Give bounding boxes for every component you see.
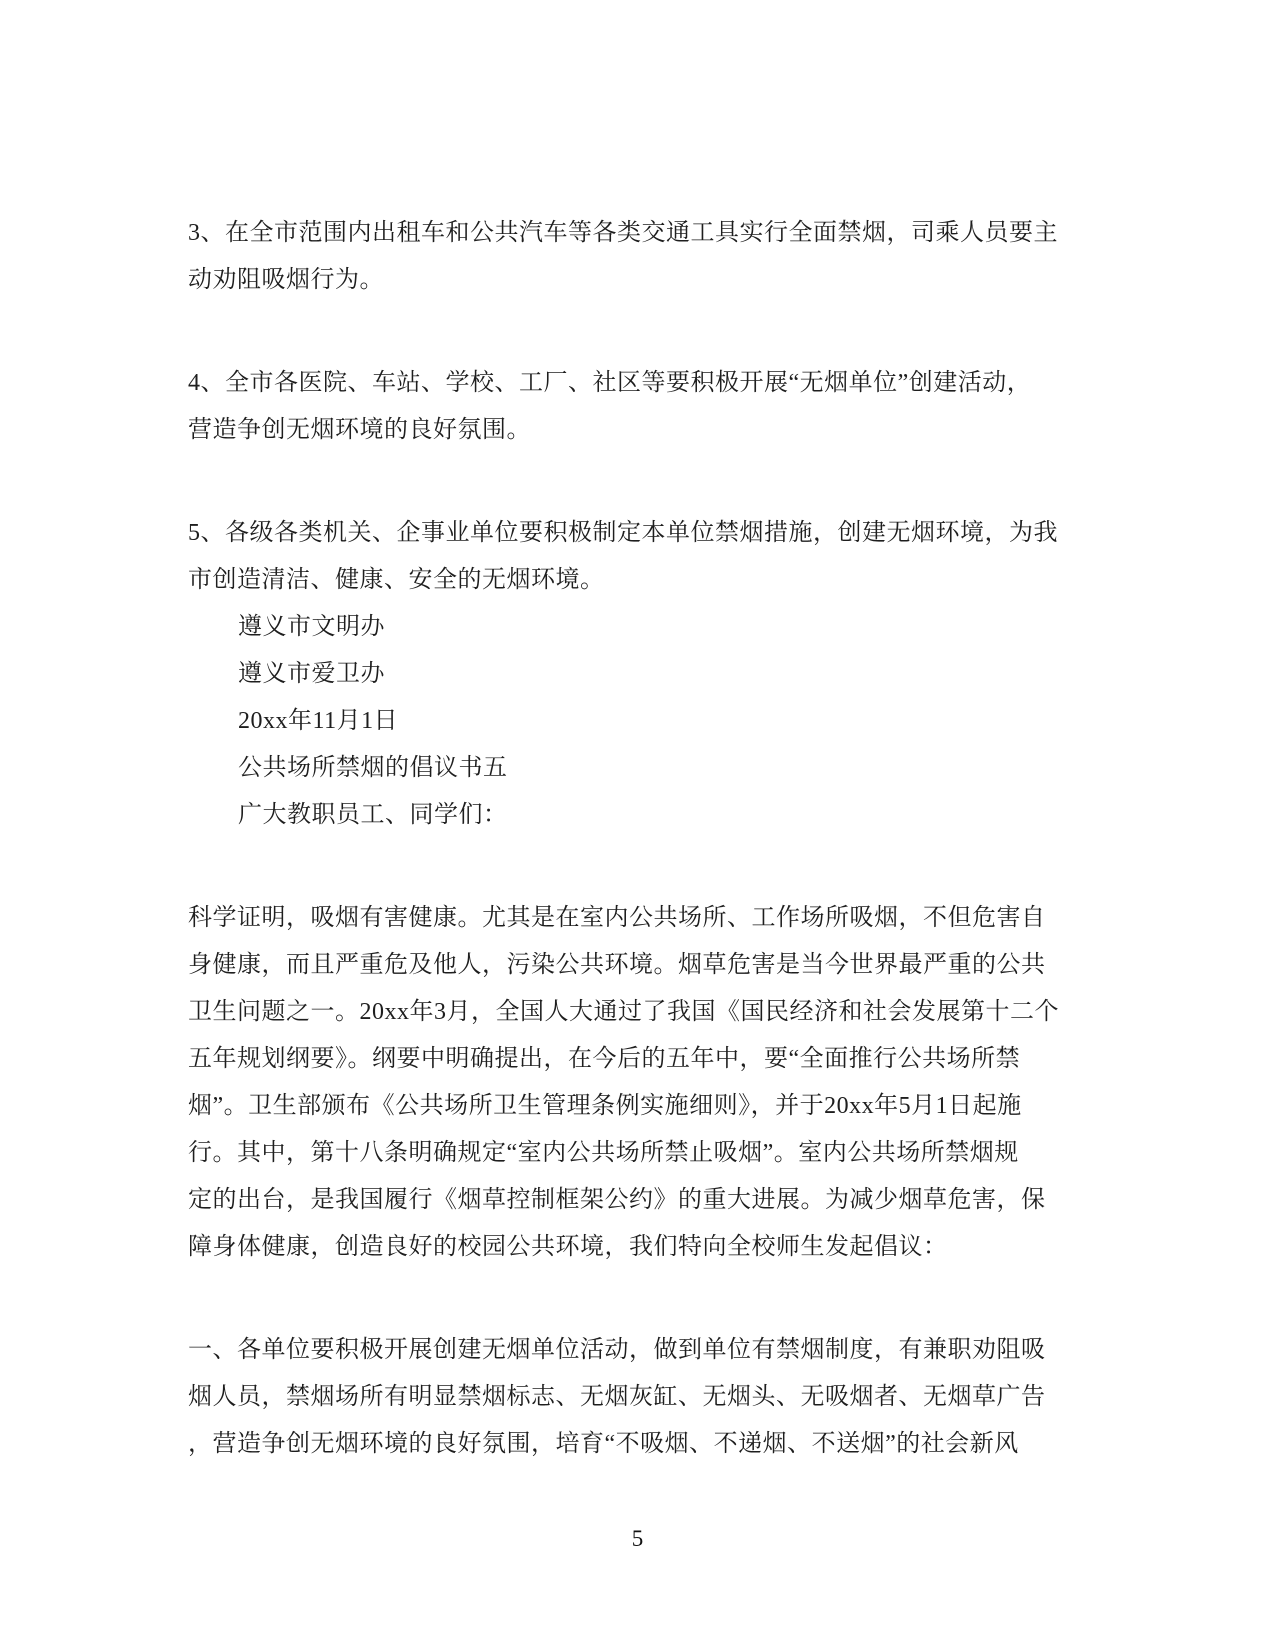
page-number: 5	[0, 1515, 1275, 1562]
text-line: 行。其中，第十八条明确规定“室内公共场所禁止吸烟”。室内公共场所禁烟规	[188, 1130, 1083, 1177]
document-content: 3、在全市范围内出租车和公共汽车等各类交通工具实行全面禁烟，司乘人员要主 动劝阻…	[188, 210, 1083, 1468]
text-line: 动劝阻吸烟行为。	[188, 257, 1083, 304]
proposal-item-1: 一、各单位要积极开展创建无烟单位活动，做到单位有禁烟制度，有兼职劝阻吸 烟人员，…	[188, 1327, 1083, 1468]
paragraph-item-5: 5、各级各类机关、企事业单位要积极制定本单位禁烟措施，创建无烟环境，为我 市创造…	[188, 510, 1083, 604]
text-line: 科学证明，吸烟有害健康。尤其是在室内公共场所、工作场所吸烟，不但危害自	[188, 895, 1083, 942]
text-line: 身健康，而且严重危及他人，污染公共环境。烟草危害是当今世界最严重的公共	[188, 942, 1083, 989]
paragraph-item-3: 3、在全市范围内出租车和公共汽车等各类交通工具实行全面禁烟，司乘人员要主 动劝阻…	[188, 210, 1083, 304]
text-line: 五年规划纲要》。纲要中明确提出，在今后的五年中，要“全面推行公共场所禁	[188, 1036, 1083, 1083]
text-line: 卫生问题之一。20xx年3月，全国人大通过了我国《国民经济和社会发展第十二个	[188, 989, 1083, 1036]
text-line: ，营造争创无烟环境的良好氛围，培育“不吸烟、不递烟、不送烟”的社会新风	[188, 1421, 1083, 1468]
body-paragraph-science: 科学证明，吸烟有害健康。尤其是在室内公共场所、工作场所吸烟，不但危害自 身健康，…	[188, 895, 1083, 1271]
text-line: 一、各单位要积极开展创建无烟单位活动，做到单位有禁烟制度，有兼职劝阻吸	[188, 1327, 1083, 1374]
section-title: 公共场所禁烟的倡议书五	[188, 745, 1083, 792]
text-line: 定的出台，是我国履行《烟草控制框架公约》的重大进展。为减少烟草危害，保	[188, 1177, 1083, 1224]
text-line: 烟人员，禁烟场所有明显禁烟标志、无烟灰缸、无烟头、无吸烟者、无烟草广告	[188, 1374, 1083, 1421]
text-line: 市创造清洁、健康、安全的无烟环境。	[188, 557, 1083, 604]
text-line: 5、各级各类机关、企事业单位要积极制定本单位禁烟措施，创建无烟环境，为我	[188, 510, 1083, 557]
text-line: 障身体健康，创造良好的校园公共环境，我们特向全校师生发起倡议：	[188, 1224, 1083, 1271]
text-line: 烟”。卫生部颁布《公共场所卫生管理条例实施细则》，并于20xx年5月1日起施	[188, 1083, 1083, 1130]
signature-block: 遵义市文明办 遵义市爱卫办 20xx年11月1日 公共场所禁烟的倡议书五 广大教…	[188, 604, 1083, 839]
signature-org-wenmingban: 遵义市文明办	[188, 604, 1083, 651]
signature-org-aiweiban: 遵义市爱卫办	[188, 651, 1083, 698]
paragraph-item-4: 4、全市各医院、车站、学校、工厂、社区等要积极开展“无烟单位”创建活动， 营造争…	[188, 360, 1083, 454]
text-line: 4、全市各医院、车站、学校、工厂、社区等要积极开展“无烟单位”创建活动，	[188, 360, 1083, 407]
signature-date: 20xx年11月1日	[188, 698, 1083, 745]
text-line: 营造争创无烟环境的良好氛围。	[188, 407, 1083, 454]
document-page: 3、在全市范围内出租车和公共汽车等各类交通工具实行全面禁烟，司乘人员要主 动劝阻…	[0, 0, 1275, 1651]
text-line: 3、在全市范围内出租车和公共汽车等各类交通工具实行全面禁烟，司乘人员要主	[188, 210, 1083, 257]
salutation: 广大教职员工、同学们：	[188, 792, 1083, 839]
